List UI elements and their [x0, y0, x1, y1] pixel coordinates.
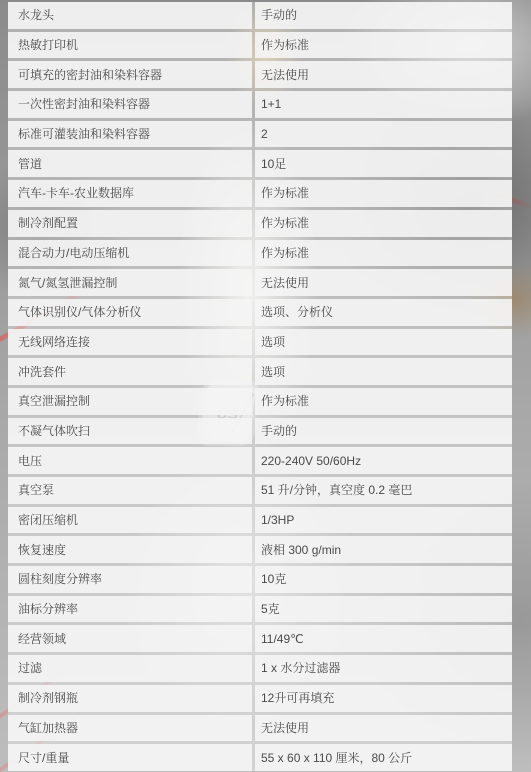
- table-row: 水龙头 手动的: [8, 2, 512, 29]
- spec-value: 无法使用: [255, 61, 512, 88]
- table-row: 油标分辨率 5克: [8, 596, 512, 623]
- table-row: 气体识别仪/气体分析仪 选项、分析仪: [8, 299, 512, 326]
- spec-label: 密闭压缩机: [8, 507, 252, 534]
- spec-label: 水龙头: [8, 2, 252, 29]
- spec-label: 油标分辨率: [8, 596, 252, 623]
- spec-label: 无线网络连接: [8, 329, 252, 356]
- spec-label: 标准可灌装油和染料容器: [8, 121, 252, 148]
- spec-value: 作为标准: [255, 210, 512, 237]
- spec-label: 管道: [8, 150, 252, 177]
- spec-value: 手动的: [255, 2, 512, 29]
- spec-value: 12升可再填充: [255, 685, 512, 712]
- spec-label: 圆柱刻度分辨率: [8, 566, 252, 593]
- table-row: 电压 220-240V 50/60Hz: [8, 447, 512, 474]
- table-row: 冲洗套件 选项: [8, 358, 512, 385]
- table-row: 氮气/氮氢泄漏控制 无法使用: [8, 269, 512, 296]
- spec-value: 10足: [255, 150, 512, 177]
- table-row: 一次性密封油和染料容器 1+1: [8, 91, 512, 118]
- spec-value: 作为标准: [255, 240, 512, 267]
- spec-value: 5克: [255, 596, 512, 623]
- spec-value: 作为标准: [255, 388, 512, 415]
- spec-value: 51 升/分钟，真空度 0.2 毫巴: [255, 477, 512, 504]
- spec-label: 可填充的密封油和染料容器: [8, 61, 252, 88]
- table-row: 混合动力/电动压缩机 作为标准: [8, 240, 512, 267]
- spec-value: 选项: [255, 358, 512, 385]
- spec-value: 无法使用: [255, 715, 512, 742]
- spec-value: 选项、分析仪: [255, 299, 512, 326]
- table-row: 密闭压缩机 1/3HP: [8, 507, 512, 534]
- spec-value: 液相 300 g/min: [255, 536, 512, 563]
- table-row: 汽车-卡车-农业数据库 作为标准: [8, 180, 512, 207]
- table-row: 真空泄漏控制 作为标准: [8, 388, 512, 415]
- spec-value: 220-240V 50/60Hz: [255, 447, 512, 474]
- spec-value: 1 x 水分过滤器: [255, 655, 512, 682]
- spec-table: 水龙头 手动的 热敏打印机 作为标准 可填充的密封油和染料容器 无法使用 一次性…: [8, 2, 512, 771]
- spec-label: 过滤: [8, 655, 252, 682]
- spec-label: 气缸加热器: [8, 715, 252, 742]
- table-row: 真空泵 51 升/分钟，真空度 0.2 毫巴: [8, 477, 512, 504]
- spec-label: 电压: [8, 447, 252, 474]
- table-row: 无线网络连接 选项: [8, 329, 512, 356]
- spec-label: 制冷剂配置: [8, 210, 252, 237]
- spec-value: 选项: [255, 329, 512, 356]
- spec-value: 1/3HP: [255, 507, 512, 534]
- table-row: 尺寸/重量 55 x 60 x 110 厘米，80 公斤: [8, 744, 512, 771]
- spec-label: 汽车-卡车-农业数据库: [8, 180, 252, 207]
- spec-label: 不凝气体吹扫: [8, 418, 252, 445]
- table-row: 经营领域 11/49℃: [8, 625, 512, 652]
- spec-label: 经营领域: [8, 625, 252, 652]
- spec-label: 真空泵: [8, 477, 252, 504]
- table-row: 过滤 1 x 水分过滤器: [8, 655, 512, 682]
- spec-value: 手动的: [255, 418, 512, 445]
- spec-value: 作为标准: [255, 180, 512, 207]
- spec-label: 真空泄漏控制: [8, 388, 252, 415]
- table-row: 气缸加热器 无法使用: [8, 715, 512, 742]
- spec-label: 热敏打印机: [8, 32, 252, 59]
- spec-value: 2: [255, 121, 512, 148]
- table-row: 标准可灌装油和染料容器 2: [8, 121, 512, 148]
- table-row: 制冷剂配置 作为标准: [8, 210, 512, 237]
- spec-label: 气体识别仪/气体分析仪: [8, 299, 252, 326]
- spec-label: 氮气/氮氢泄漏控制: [8, 269, 252, 296]
- spec-value: 作为标准: [255, 32, 512, 59]
- table-row: 圆柱刻度分辨率 10克: [8, 566, 512, 593]
- spec-label: 一次性密封油和染料容器: [8, 91, 252, 118]
- spec-value: 1+1: [255, 91, 512, 118]
- spec-label: 尺寸/重量: [8, 744, 252, 771]
- table-row: 不凝气体吹扫 手动的: [8, 418, 512, 445]
- spec-label: 冲洗套件: [8, 358, 252, 385]
- spec-page: cs 水龙头 手动的 热敏打印机 作为标准 可填充的密封油和染料容器 无法使用 …: [0, 0, 531, 772]
- table-row: 管道 10足: [8, 150, 512, 177]
- spec-label: 恢复速度: [8, 536, 252, 563]
- spec-label: 制冷剂钢瓶: [8, 685, 252, 712]
- table-row: 恢复速度 液相 300 g/min: [8, 536, 512, 563]
- spec-label: 混合动力/电动压缩机: [8, 240, 252, 267]
- table-row: 可填充的密封油和染料容器 无法使用: [8, 61, 512, 88]
- table-row: 制冷剂钢瓶 12升可再填充: [8, 685, 512, 712]
- spec-value: 55 x 60 x 110 厘米，80 公斤: [255, 744, 512, 771]
- spec-value: 10克: [255, 566, 512, 593]
- spec-value: 无法使用: [255, 269, 512, 296]
- spec-value: 11/49℃: [255, 625, 512, 652]
- table-row: 热敏打印机 作为标准: [8, 32, 512, 59]
